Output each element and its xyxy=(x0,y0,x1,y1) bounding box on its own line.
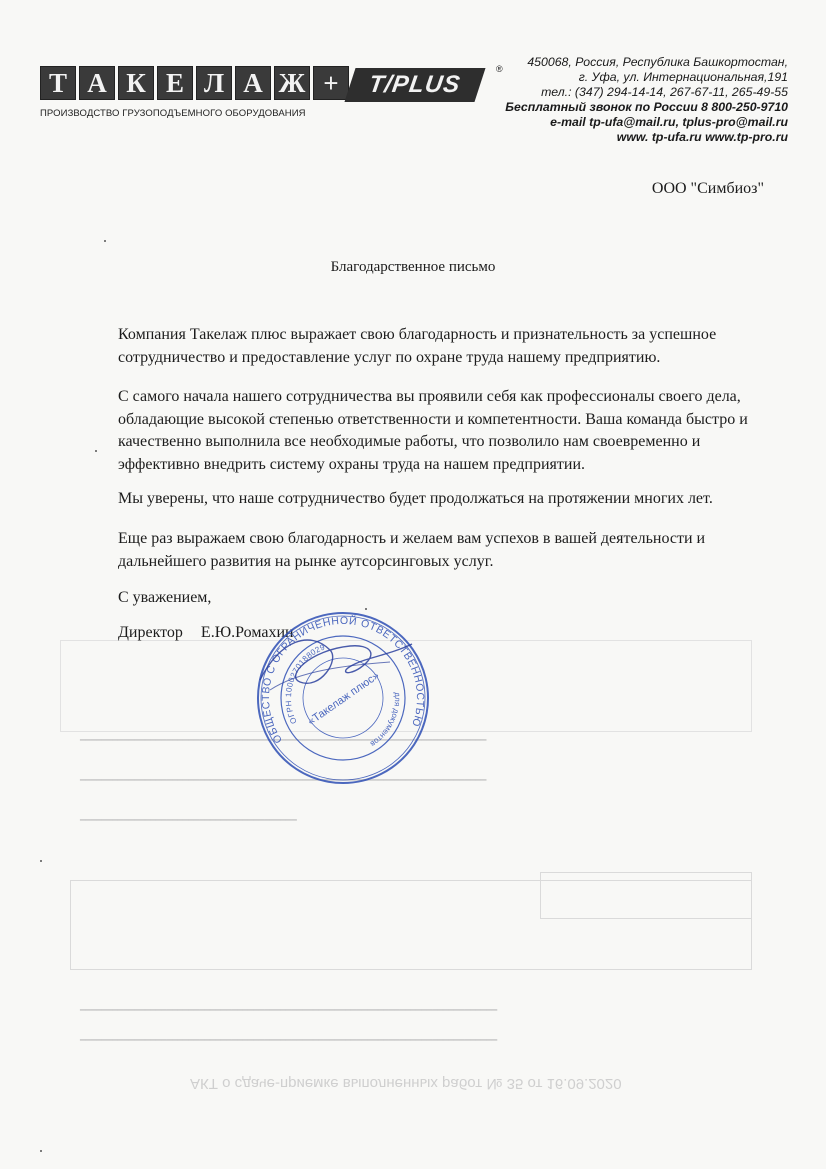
scan-speck xyxy=(365,608,367,610)
logo-letter: К xyxy=(118,66,154,100)
takelazh-logo: Т А К Е Л А Ж + xyxy=(40,66,352,100)
recipient: ООО "Симбиоз" xyxy=(652,180,764,198)
email-addresses: e-mail tp-ufa@mail.ru, tplus-pro@mail.ru xyxy=(505,115,788,130)
paragraph: Еще раз выражаем свою благодарность и же… xyxy=(118,528,768,573)
paragraph: Мы уверены, что наше сотрудничество буде… xyxy=(118,488,768,511)
logo-letter: Ж xyxy=(274,66,310,100)
logo-letter: Т xyxy=(40,66,76,100)
logo-letter: А xyxy=(79,66,115,100)
logo-letter: Л xyxy=(196,66,232,100)
bleed-through-text: АКТ о сдаче-приемке выполненных работ № … xyxy=(190,1075,622,1092)
paragraph: С самого начала нашего сотрудничества вы… xyxy=(118,386,768,476)
closing: С уважением, xyxy=(118,587,768,610)
signatory-role: Директор xyxy=(118,624,183,641)
contact-block: 450068, Россия, Республика Башкортостан,… xyxy=(505,55,788,145)
logo-letter: А xyxy=(235,66,271,100)
bleed-through-line: ━━━━━━━━━━━━━━━━━━━━━━━━━━━━━━━━━━━━━━━━… xyxy=(80,1005,497,1016)
tplus-logo-text: T/PLUS xyxy=(367,71,463,99)
website-links: www. tp-ufa.ru www.tp-pro.ru xyxy=(505,130,788,145)
scan-speck xyxy=(95,450,97,452)
scan-speck xyxy=(40,860,42,862)
letter-page: АКТ о сдаче-приемке выполненных работ № … xyxy=(0,0,826,1169)
hotline: Бесплатный звонок по России 8 800-250-97… xyxy=(505,100,788,115)
address-line-2: г. Уфа, ул. Интернациональная,191 xyxy=(505,70,788,85)
registered-mark-icon: ® xyxy=(496,64,503,74)
bleed-through-line: ━━━━━━━━━━━━━━━━━━━━━━━━━━━━━━━━━━━━━━━━ xyxy=(80,815,297,826)
tplus-logo: T/PLUS xyxy=(344,68,485,102)
letter-title: Благодарственное письмо xyxy=(0,259,826,276)
handwritten-signature-icon xyxy=(240,620,420,710)
paragraph: Компания Такелаж плюс выражает свою благ… xyxy=(118,324,768,369)
logo-letter: + xyxy=(313,66,349,100)
bleed-through-totals xyxy=(540,872,752,919)
logo-letter: Е xyxy=(157,66,193,100)
scan-speck xyxy=(104,240,106,242)
scan-speck xyxy=(40,1150,42,1152)
phone-numbers: тел.: (347) 294-14-14, 267-67-11, 265-49… xyxy=(505,85,788,100)
logo-subtitle: ПРОИЗВОДСТВО ГРУЗОПОДЪЕМНОГО ОБОРУДОВАНИ… xyxy=(40,108,306,119)
bleed-through-line: ━━━━━━━━━━━━━━━━━━━━━━━━━━━━━━━━━━━━━━━━… xyxy=(80,1035,497,1046)
address-line-1: 450068, Россия, Республика Башкортостан, xyxy=(505,55,788,70)
